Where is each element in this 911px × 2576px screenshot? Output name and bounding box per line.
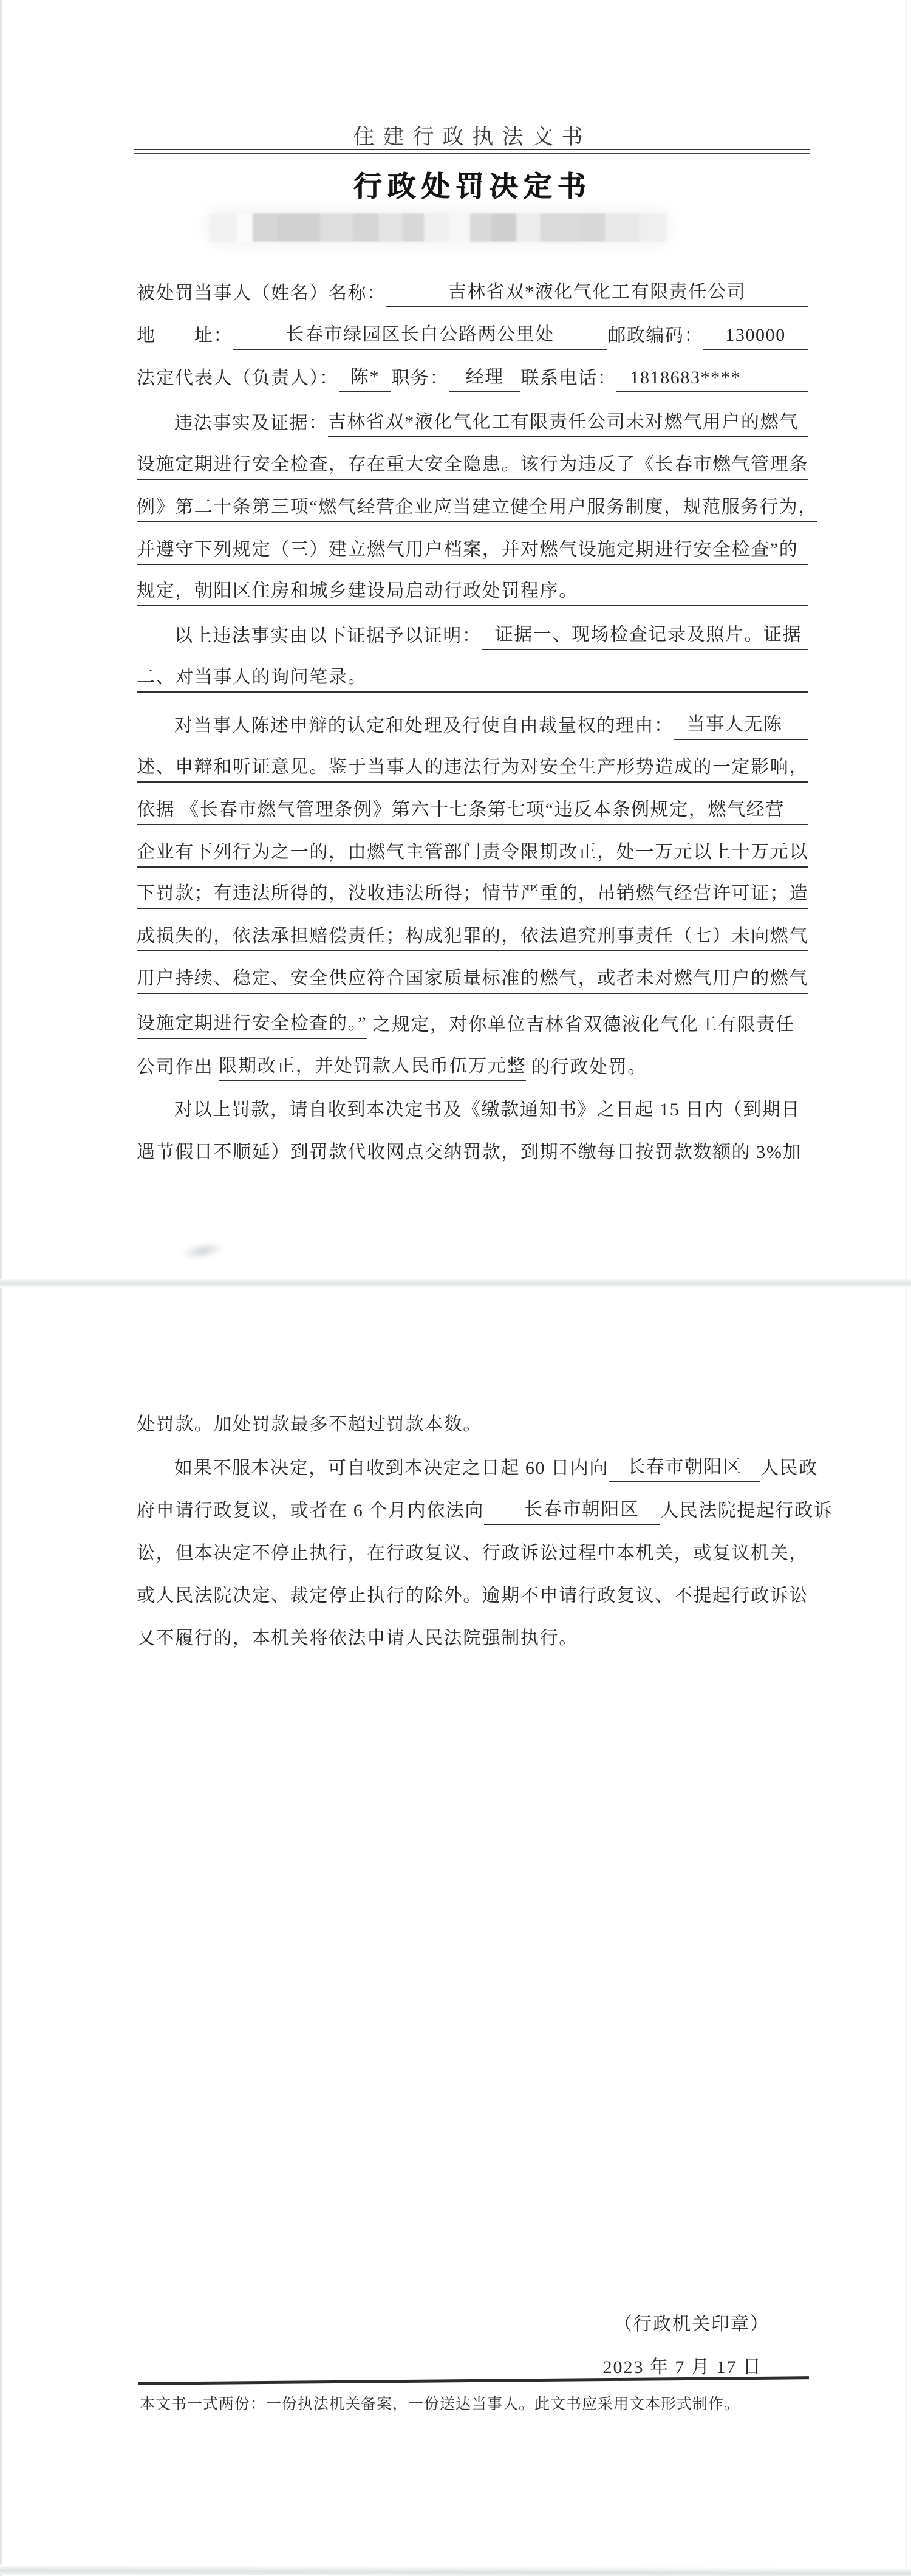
job-value: 经理 — [449, 361, 520, 392]
scanned-document: 住建行政执法文书 行政处罚决定书 被处罚当事人（姓名）名称： 吉林省双*液化气化… — [0, 0, 911, 2576]
statement-filled-3: 依据 《长春市燃气管理条例》第六十七条第七项“违反本条例规定，燃气经营 — [137, 794, 808, 825]
appeal-text-4: 或人民法院决定、裁定停止执行的除外。逾期不申请行政复议、不提起行政诉讼 — [137, 1580, 808, 1610]
statement-filled-6: 成损失的，依法承担赔偿责任；构成犯罪的，依法追究刑事责任（七）未向燃气 — [137, 920, 808, 951]
appeal-line-5: 又不履行的，本机关将依法申请人民法院强制执行。 — [137, 1623, 808, 1653]
postcode-label: 邮政编码： — [607, 320, 703, 350]
facts-line-4: 并遵守下列规定（三）建立燃气用户档案，并对燃气设施定期进行安全检查”的 — [137, 536, 808, 565]
appeal-text-3: 讼，但本决定不停止执行，在行政复议、行政诉讼过程中本机关，或复议机关， — [137, 1538, 808, 1567]
statement-quote-end: 设施定期进行安全检查的。” — [137, 1008, 367, 1039]
statement-filled-5: 下罚款；有违法所得的，没收违法所得；情节严重的，吊销燃气经营许可证；造 — [137, 878, 808, 909]
phone-label: 联系电话： — [520, 363, 616, 392]
decision-date: 2023 年 7 月 17 日 — [603, 2352, 763, 2379]
statement-filled-1: 当事人无陈 — [674, 709, 808, 740]
appeal-line-3: 讼，但本决定不停止执行，在行政复议、行政诉讼过程中本机关，或复议机关， — [137, 1538, 808, 1567]
appeal-text-5: 又不履行的，本机关将依法申请人民法院强制执行。 — [137, 1623, 578, 1653]
statement-filled-7: 用户持续、稳定、安全供应符合国家质量标准的燃气，或者未对燃气用户的燃气 — [137, 963, 808, 994]
address-row: 地 址： 长春市绿园区长白公路两公里处 邮政编码： 130000 — [137, 321, 808, 350]
facts-filled-4: 并遵守下列规定（三）建立燃气用户档案，并对燃气设施定期进行安全检查”的 — [137, 534, 808, 565]
agency-seal-placeholder: （行政机关印章） — [614, 2309, 769, 2335]
legal-rep-name: 陈* — [339, 361, 392, 392]
phone-value: 1818683**** — [616, 368, 808, 392]
appeal-post-2: 人民法院提起行政诉 — [660, 1495, 833, 1525]
redacted-document-number-blur — [210, 213, 666, 242]
payment-text-2: 遇节假日不顺延）到罚款代收网点交纳罚款，到期不缴每日按罚款数额的 3%加 — [137, 1137, 802, 1166]
appeal-pre-2: 府申请行政复议，或者在 6 个月内依法向 — [137, 1495, 484, 1525]
appeal-line-4: 或人民法院决定、裁定停止执行的除外。逾期不申请行政复议、不提起行政诉讼 — [137, 1581, 808, 1610]
facts-line-2: 设施定期进行安全检查，存在重大安全隐患。该行为违反了《长春市燃气管理条 — [137, 451, 808, 480]
appeal-pre-1: 如果不服本决定，可自收到本决定之日起 60 日内向 — [174, 1453, 609, 1479]
decision-value: 限期改正，并处罚款人民币伍万元整 — [219, 1050, 527, 1081]
document-category: 住建行政执法文书 — [137, 120, 808, 151]
statement-line-2: 述、申辩和听证意见。鉴于当事人的违法行为对安全生产形势造成的一定影响， — [137, 753, 808, 783]
evidence-label: 以上违法事实由以下证据予以证明： — [174, 620, 482, 650]
party-name-row: 被处罚当事人（姓名）名称： 吉林省双*液化气化工有限责任公司 — [137, 278, 808, 307]
statement-line-1: 对当事人陈述申辩的认定和处理及行使自由裁量权的理由： 当事人无陈 — [137, 711, 808, 740]
postcode-value: 130000 — [703, 325, 808, 350]
facts-label: 违法事实及证据： — [174, 408, 328, 437]
scan-smudge-mark — [180, 1239, 225, 1262]
facts-line-3: 例》第二十条第三项“燃气经营企业应当建立健全用户服务制度，规范服务行为， — [137, 493, 808, 522]
scan-right-edge — [906, 0, 907, 2576]
facts-filled-3: 例》第二十条第三项“燃气经营企业应当建立健全用户服务制度，规范服务行为， — [137, 492, 817, 522]
facts-line-1: 违法事实及证据： 吉林省双*液化气化工有限责任公司未对燃气用户的燃气 — [137, 408, 808, 437]
legal-rep-row: 法定代表人（负责人）： 陈* 职务： 经理 联系电话： 1818683**** — [137, 363, 808, 392]
statement-filled-4: 企业有下列行为之一的，由燃气主管部门责令限期改正，处一万元以上十万元以 — [137, 837, 808, 868]
paragraph-indent — [137, 647, 174, 650]
footer-rule — [138, 2376, 809, 2385]
evidence-line-2: 二、对当事人的询问笔录。 — [137, 663, 808, 693]
paragraph-indent — [137, 737, 174, 740]
scan-left-edge — [0, 0, 2, 2576]
statement-line-6: 成损失的，依法承担赔偿责任；构成犯罪的，依法追究刑事责任（七）未向燃气 — [137, 922, 808, 951]
party-name-label: 被处罚当事人（姓名）名称： — [137, 278, 386, 307]
address-label: 地 址： — [137, 320, 233, 350]
paragraph-indent — [137, 1121, 174, 1124]
page-title: 行政处罚决定书 — [137, 164, 808, 205]
statement-line-3: 依据 《长春市燃气管理条例》第六十七条第七项“违反本条例规定，燃气经营 — [137, 796, 808, 825]
evidence-filled-2: 二、对当事人的询问笔录。 — [137, 662, 808, 693]
footer-copies-note: 本文书一式两份：一份执法机关备案，一份送达当事人。此文书应采用文本形式制作。 — [140, 2392, 740, 2414]
appeal-line-2: 府申请行政复议，或者在 6 个月内依法向 长春市朝阳区 人民法院提起行政诉 — [137, 1496, 808, 1525]
evidence-filled-1: 证据一、现场检查记录及照片。证据 — [482, 619, 808, 650]
statement-label: 对当事人陈述申辩的认定和处理及行使自由裁量权的理由： — [174, 710, 674, 740]
facts-filled-1: 吉林省双*液化气化工有限责任公司未对燃气用户的燃气 — [328, 406, 808, 437]
facts-line-5: 规定，朝阳区住房和城乡建设局启动行政处罚程序。 — [137, 577, 808, 606]
scan-bottom-edge — [0, 2565, 911, 2576]
job-label: 职务： — [391, 363, 449, 392]
header-double-rule — [134, 149, 810, 154]
appeal-filled-1: 长春市朝阳区 — [609, 1451, 760, 1482]
statement-line-7: 用户持续、稳定、安全供应符合国家质量标准的燃气，或者未对燃气用户的燃气 — [137, 965, 808, 994]
appeal-filled-2: 长春市朝阳区 — [484, 1494, 660, 1525]
evidence-line-1: 以上违法事实由以下证据予以证明： 证据一、现场检查记录及照片。证据 — [137, 621, 808, 650]
payment-line-1: 对以上罚款，请自收到本决定书及《缴款通知书》之日起 15 日内（到期日 — [137, 1095, 808, 1124]
statement-line-8: 设施定期进行安全检查的。” 之规定，对你单位吉林省双德液化气化工有限责任 — [137, 1010, 808, 1039]
appeal-line-1: 如果不服本决定，可自收到本决定之日起 60 日内向 长春市朝阳区 人民政 — [137, 1453, 808, 1482]
statement-line-4: 企业有下列行为之一的，由燃气主管部门责令限期改正，处一万元以上十万元以 — [137, 838, 808, 868]
payment-line-2: 遇节假日不顺延）到罚款代收网点交纳罚款，到期不缴每日按罚款数额的 3%加 — [137, 1137, 808, 1166]
decision-prefix: 公司作出 — [137, 1052, 219, 1081]
decision-suffix: 的行政处罚。 — [526, 1052, 647, 1081]
statement-filled-2: 述、申辩和听证意见。鉴于当事人的违法行为对安全生产形势造成的一定影响， — [137, 752, 808, 783]
party-name-value: 吉林省双*液化气化工有限责任公司 — [386, 276, 808, 307]
statement-line-5: 下罚款；有违法所得的，没收违法所得；情节严重的，吊销燃气经营许可证；造 — [137, 880, 808, 909]
facts-filled-2: 设施定期进行安全检查，存在重大安全隐患。该行为违反了《长春市燃气管理条 — [137, 449, 808, 480]
paragraph-indent — [137, 434, 174, 437]
facts-filled-5: 规定，朝阳区住房和城乡建设局启动行政处罚程序。 — [137, 575, 808, 606]
address-value: 长春市绿园区长白公路两公里处 — [233, 319, 607, 350]
appeal-text-1a: 如果不服本决定，可自收到本决定之日起 60 日内向 — [137, 1453, 609, 1482]
statement-after-quote: 之规定，对你单位吉林省双德液化气化工有限责任 — [367, 1009, 794, 1039]
legal-rep-label: 法定代表人（负责人）： — [137, 363, 339, 392]
payment-line-3: 处罚款。加处罚款最多不超过罚款本数。 — [137, 1410, 808, 1439]
page-boundary — [0, 1279, 911, 1288]
penalty-decision-line: 公司作出 限期改正，并处罚款人民币伍万元整 的行政处罚。 — [137, 1052, 808, 1081]
payment-text-3: 处罚款。加处罚款最多不超过罚款本数。 — [137, 1409, 482, 1439]
payment-text-1: 对以上罚款，请自收到本决定书及《缴款通知书》之日起 15 日内（到期日 — [174, 1094, 800, 1124]
paragraph-indent — [137, 1453, 174, 1479]
appeal-post-1: 人民政 — [760, 1453, 818, 1482]
